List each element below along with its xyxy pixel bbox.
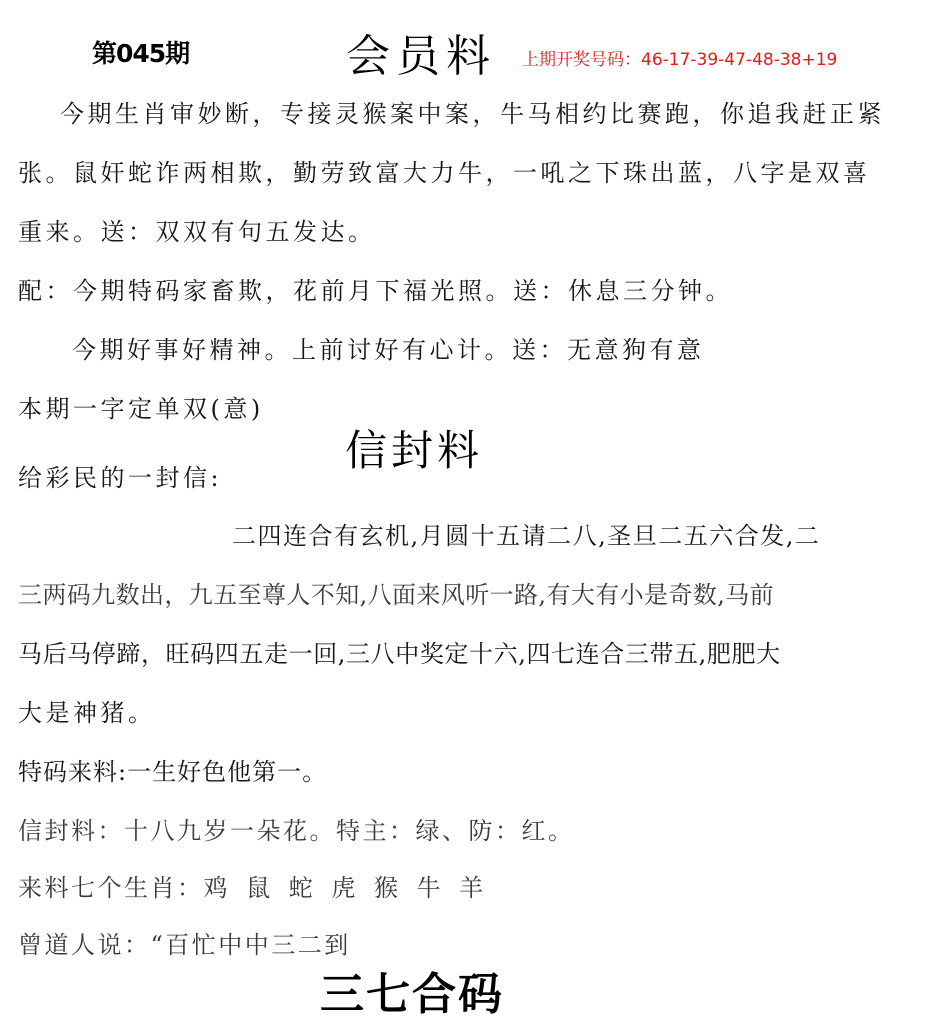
issue-number: 第045期 <box>92 34 189 70</box>
poem-line-1: 今期生肖审妙断，专接灵猴案中案，牛马相约比赛跑，你追我赶正紧 <box>60 94 885 129</box>
letter-heading: 给彩民的一封信: <box>18 458 222 493</box>
taoist-says-line: 曾道人说：“百忙中中三二到 <box>18 925 351 960</box>
footer-title: 三七合码 <box>320 958 504 1022</box>
pair-line: 配：今期特码家畜欺，花前月下福光照。送：休息三分钟。 <box>18 271 733 306</box>
seven-zodiacs-line: 来料七个生肖：鸡 鼠 蛇 虎 猴 牛 羊 <box>18 868 486 903</box>
last-draw-results: 上期开奖号码：46-17-39-47-48-38+19 <box>522 45 837 70</box>
poem-line-2: 张。鼠奸蛇诈两相欺，勤劳致富大力牛，一吼之下珠出蓝，八字是双喜 <box>18 153 871 188</box>
special-code-line: 特码来料:一生好色他第一。 <box>18 752 327 787</box>
poem-line-3: 重来。送：双双有句五发达。 <box>18 212 376 247</box>
envelope-line: 信封料：十八九岁一朵花。特主：绿、防：红。 <box>18 811 575 846</box>
letter-line-1: 二四连合有玄机,月圆十五请二八,圣旦二五六合发,二 <box>232 516 820 551</box>
last-draw-label: 上期开奖号码： <box>522 50 641 70</box>
letter-line-2: 三两码九数出，九五至尊人不知,八面来风听一路,有大有小是奇数,马前 <box>18 575 774 610</box>
extra-line: 今期好事好精神。上前讨好有心计。送：无意狗有意 <box>72 330 705 365</box>
last-draw-numbers: 46-17-39-47-48-38+19 <box>641 50 837 70</box>
page-title: 会员料 <box>346 20 496 84</box>
envelope-section-title: 信封料 <box>345 418 483 478</box>
letter-line-4: 大是神猪。 <box>18 693 156 728</box>
single-double-line: 本期一字定单双(意) <box>18 389 264 424</box>
letter-line-3: 马后马停蹄，旺码四五走一回,三八中奖定十六,四七连合三带五,肥肥大 <box>18 634 781 669</box>
